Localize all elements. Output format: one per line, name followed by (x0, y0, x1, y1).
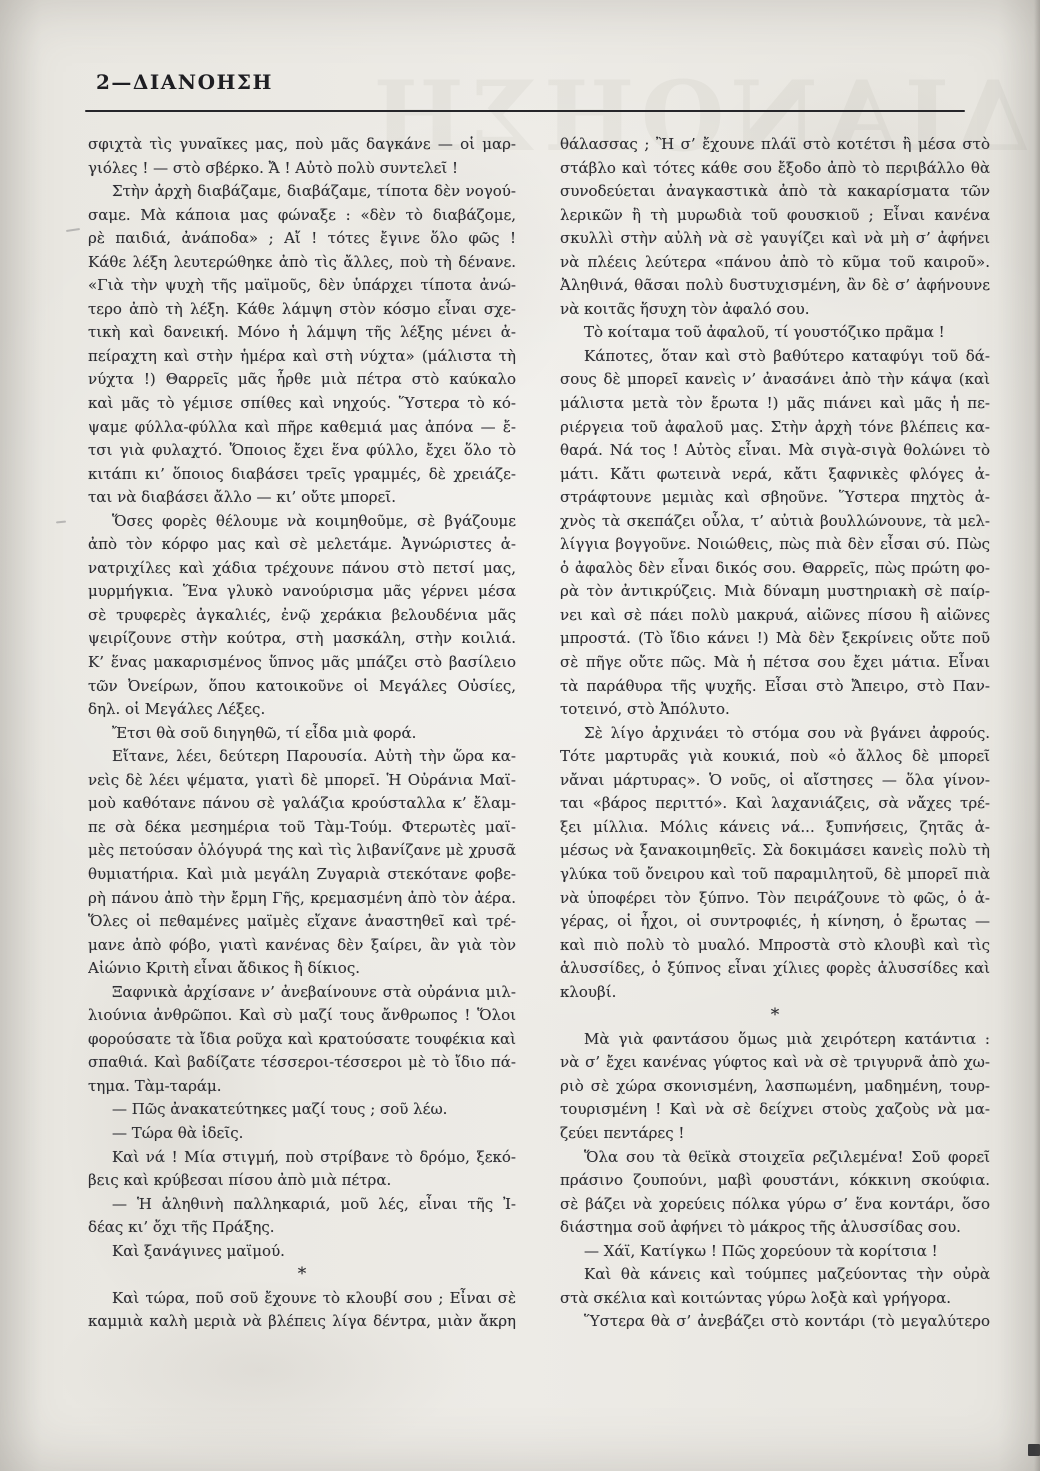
text-line: δηλ. οἱ Μεγάλες Λέξες. (88, 698, 516, 722)
text-line: Ξαφνικὰ ἀρχίσανε ν’ ἀνεβαίνουνε στὰ οὐρά… (88, 981, 516, 1005)
text-line: στράφτουνε μεμιὰς καὶ σβηοῦνε. Ὕστερα πη… (560, 486, 990, 510)
text-line: ται νὰ διαβάσει ἄλλο — κι’ οὔτε μπορεῖ. (88, 486, 516, 510)
text-line: νὰ πλέεις λεύτερα «πάνου ἀπὸ τὸ κῦμα τοῦ… (560, 251, 990, 275)
text-line: «Γιὰ τὴν ψυχὴ τῆς μαϊμοῦς, δὲν ὑπάρχει τ… (88, 274, 516, 298)
text-line: διάστημα σοῦ ἀφήνει τὸ μάκρος τῆς ἁλυσσί… (560, 1216, 990, 1240)
text-line: νὰ κοιτᾶς ἥσυχη τὸν ἀφαλό σου. (560, 298, 990, 322)
text-line: τικὴ καὶ δανεική. Μόνο ἡ λάμψη τῆς λέξης… (88, 321, 516, 345)
text-line: δέας κι’ ὄχι τῆς Πράξης. (88, 1216, 516, 1240)
column-right: θάλασσας ; Ἢ σ’ ἔχουνε πλάϊ στὸ κοτέτσι … (560, 133, 990, 1334)
text-line: λερικῶν ἢ τὴ μυρωδιὰ τοῦ φουσκιοῦ ; Εἶνα… (560, 204, 990, 228)
text-line: ξει μίλλια. Μόλις κάνεις νά... ξυπνήσεις… (560, 816, 990, 840)
text-line: Σὲ λίγο ἀρχινάει τὸ στόμα σου νὰ βγάνει … (560, 722, 990, 746)
text-line: συνοδεύεται ἀναγκαστικὰ ἀπὸ τὰ κακαρίσμα… (560, 180, 990, 204)
text-line: νὰ σ’ ἔχει κανένας γύφτος καὶ νὰ σὲ τριγ… (560, 1051, 990, 1075)
text-line: καὶ μᾶς τὸ γέμισε σπίθες καὶ νηχούς. Ὕστ… (88, 392, 516, 416)
text-line: Καὶ τώρα, ποῦ σοῦ ἔχουνε τὸ κλουβί σου ;… (88, 1287, 516, 1311)
text-line: νεὶς δὲ λέει ψέματα, γιατὶ δὲ μπορεῖ. Ἡ … (88, 769, 516, 793)
text-line: — Τώρα θὰ ἰδεῖς. (88, 1122, 516, 1146)
text-line: κιτάπι κι’ ὅποιος διαβάσει τρεῖς γραμμές… (88, 463, 516, 487)
text-line: — Ἡ ἀληθινὴ παλληκαριά, μοῦ λές, εἶναι τ… (88, 1193, 516, 1217)
text-line: ριὸ σὲ χώρα σκονισμένη, λασπωμένη, μαδημ… (560, 1075, 990, 1099)
text-line: Μὰ γιὰ φαντάσου ὅμως μιὰ χειρότερη κατάν… (560, 1028, 990, 1052)
text-line: Στὴν ἀρχὴ διαβάζαμε, διαβάζαμε, τίποτα δ… (88, 180, 516, 204)
text-line: σκυλλὶ στὴν αὐλὴ νὰ σὲ γαυγίζει καὶ νὰ μ… (560, 227, 990, 251)
text-line: Ὅλες οἱ πεθαμένες μαϊμὲς εἴχανε ἀναστηθε… (88, 910, 516, 934)
text-line: μανε ἀπὸ φόβο, γιατὶ κανένας δὲν ξαίρει,… (88, 934, 516, 958)
margin-mark (66, 228, 80, 232)
text-line: Καὶ θὰ κάνεις καὶ τούμπες μαζεύοντας τὴν… (560, 1263, 990, 1287)
text-line: σους δὲ μπορεῖ κανεὶς ν’ ἀνασάνει ἀπὸ τὴ… (560, 368, 990, 392)
text-line: μὲς πετούσαν ὁλόγυρά της καὶ τὶς λιβανίζ… (88, 839, 516, 863)
text-line: σὲ πῆγε οὔτε πῶς. Μὰ ἡ πέτσα σου ἔχει μά… (560, 651, 990, 675)
scanned-page: ΔΙΑΝΟΗΣΗ 2—ΔΙΑΝΟΗΣΗ σφιχτὰ τὶς γυναῖκες … (0, 0, 1040, 1471)
text-line: ρὴ πάνου ἀπὸ τὴν ἔρμη Γῆς, κρεμασμένη ἀπ… (88, 887, 516, 911)
text-line: κλουβί. (560, 981, 990, 1005)
text-line: μάλιστα μετὰ τὸν ἔρωτα !) μᾶς πιάνει καὶ… (560, 392, 990, 416)
text-line: ζεύει πεντάρες ! (560, 1122, 990, 1146)
text-line: σφιχτὰ τὶς γυναῖκες μας, ποὺ μᾶς δαγκάνε… (88, 133, 516, 157)
text-line: ἁλυσσίδες, ὁ ξύπνος εἶναι χίλιες φορὲς ἁ… (560, 957, 990, 981)
text-line: μπροστά. (Τὸ ἴδιο κάνει !) Μὰ δὲν ξεκρίν… (560, 627, 990, 651)
text-line: σπαθιά. Καὶ βαδίζατε τέσσεροι-τέσσεροι μ… (88, 1051, 516, 1075)
text-line: — Χάϊ, Κατίγκω ! Πῶς χορεύουν τὰ κορίτσι… (560, 1240, 990, 1264)
page-header: 2—ΔΙΑΝΟΗΣΗ (96, 70, 273, 94)
text-line: γλύκα τοῦ ὄνειρου καὶ τοῦ παραμιλητοῦ, δ… (560, 863, 990, 887)
text-line: νύχτα !) Θαρρεῖς μᾶς ἦρθε μιὰ πέτρα στὸ … (88, 368, 516, 392)
text-line: πε σὰ δέκα μεσημέρια τοῦ Τὰμ-Τούμ. Φτερω… (88, 816, 516, 840)
text-line: καμμιὰ καλὴ μεριὰ νὰ βλέπεις λίγα δέντρα… (88, 1310, 516, 1334)
text-line: χνὸς τὰ σκεπάζει οὗλα, τ’ αὐτιὰ βουλλώνο… (560, 510, 990, 534)
text-line: μοὺ καθότανε πάνου σὲ γαλάζια κρούσταλλα… (88, 792, 516, 816)
text-line: ψειρίζουνε στὴν κούτρα, στὴ μασκάλη, στὴ… (88, 627, 516, 651)
text-line: φορούσατε τὰ ἴδια ροῦχα καὶ κρατούσατε τ… (88, 1028, 516, 1052)
margin-mark (56, 521, 66, 524)
text-line: στὰ σκέλια καὶ κοιτώντας γύρω λοξὰ καὶ γ… (560, 1287, 990, 1311)
text-line: ρὲ παιδιά, ἀνάποδα» ; Αἴ ! τότες ἔγινε ὅ… (88, 227, 516, 251)
text-line: γιόλες ! — στὸ σβέρκο. Ἄ ! Αὐτὸ πολὺ συν… (88, 157, 516, 181)
header-rule (85, 110, 965, 112)
text-line: Τότε μαρτυρᾶς γιὰ κουκιά, ποὺ «ὁ ἄλλος δ… (560, 745, 990, 769)
text-line: τοτεινό, στὸ Ἀπόλυτο. (560, 698, 990, 722)
text-line: τὰ παράθυρα τῆς ψυχῆς. Εἶσαι στὸ Ἄπειρο,… (560, 675, 990, 699)
text-line: βεις καὶ κρύβεσαι πίσου ἀπὸ μιὰ πέτρα. (88, 1169, 516, 1193)
text-line: Κάποτες, ὅταν καὶ στὸ βαθύτερο καταφύγι … (560, 345, 990, 369)
text-line: καὶ πιὸ πολὺ τὸ μυαλό. Μπροστὰ στὸ κλουβ… (560, 934, 990, 958)
text-line: Ἔτσι θὰ σοῦ διηγηθῶ, τί εἶδα μιὰ φορά. (88, 722, 516, 746)
text-line: Κ’ ἕνας μακαρισμένος ὕπνος μᾶς μπάζει στ… (88, 651, 516, 675)
text-line: ριέργεια τοῦ ἀφαλοῦ μας. Στὴν ἀρχὴ τόνε … (560, 416, 990, 440)
text-line: σὲ βάζει νὰ χορεύεις πόλκα γύρω σ’ ἕνα κ… (560, 1193, 990, 1217)
text-line: Ὕστερα θὰ σ’ ἀνεβάζει στὸ κοντάρι (τὸ με… (560, 1310, 990, 1334)
text-line: λίγγια βογγοῦνε. Νοιώθεις, πὼς πιὰ δὲν ε… (560, 533, 990, 557)
column-left: σφιχτὰ τὶς γυναῖκες μας, ποὺ μᾶς δαγκάνε… (88, 133, 516, 1334)
text-line: Ἀληθινά, θᾶσαι πολὺ δυστυχισμένη, ἂν δὲ … (560, 274, 990, 298)
text-line: ψαμε φύλλα-φύλλα καὶ πῆρε καθεμιά μας ἀπ… (88, 416, 516, 440)
text-line: ἀπὸ τὸν κόρφο μας καὶ σὲ μελετάμε. Ἀγνώρ… (88, 533, 516, 557)
text-line: ται «βάρος περιττό». Καὶ λαχανιάζεις, σὰ… (560, 792, 990, 816)
text-line: Κάθε λέξη λευτερώθηκε ἀπὸ τὶς ἄλλες, ποὺ… (88, 251, 516, 275)
text-line: Ὅλα σου τὰ θεϊκὰ στοιχεῖα ρεζιλεμένα! Σο… (560, 1146, 990, 1170)
text-line: ὁ ἀφαλὸς δὲν εἶναι δικός σου. Θαρρεῖς, π… (560, 557, 990, 581)
text-line: Καὶ ξανάγινες μαϊμού. (88, 1240, 516, 1264)
text-line: Εἴτανε, λέει, δεύτερη Παρουσία. Αὐτὴ τὴν… (88, 745, 516, 769)
section-separator: * (560, 1004, 990, 1028)
text-line: Καὶ νά ! Μία στιγμή, ποὺ στρίβανε τὸ δρό… (88, 1146, 516, 1170)
text-line: τῶν Ὀνείρων, ὅπου κατοικοῦνε οἱ Μεγάλες … (88, 675, 516, 699)
text-line: μυρμήγκια. Ἕνα γλυκὸ νανούρισμα μᾶς γέρν… (88, 580, 516, 604)
text-line: νει καὶ σὲ πάει πολὺ μακρυά, αἰῶνες πίσο… (560, 604, 990, 628)
text-line: τερο ἀπὸ τὴ λέξη. Κάθε λάμψη στὸν κόσμο … (88, 298, 516, 322)
text-line: λιούνια ἀνθρῶποι. Καὶ σὺ μαζί τους ἄνθρω… (88, 1004, 516, 1028)
text-line: θάλασσας ; Ἢ σ’ ἔχουνε πλάϊ στὸ κοτέτσι … (560, 133, 990, 157)
section-separator: * (88, 1263, 516, 1287)
page-edge-shadow (1034, 0, 1040, 1471)
text-line: Ὅσες φορὲς θέλουμε νὰ κοιμηθοῦμε, σὲ βγά… (88, 510, 516, 534)
text-line: τσι γιὰ φυλαχτό. Ὅποιος ἔχει ἕνα φύλλο, … (88, 439, 516, 463)
text-line: νατριχίλες καὶ χάδια τρέχουνε πάνου στὸ … (88, 557, 516, 581)
text-line: σὲ τρυφερὲς ἀγκαλιές, ἐνῷ χεράκια βελουδ… (88, 604, 516, 628)
text-line: σαμε. Μὰ κάποια μας φώναξε : «δὲν τὸ δια… (88, 204, 516, 228)
text-line: Αἰώνιο Κριτὴ εἶναι ἄδικος ἢ δίκιος. (88, 957, 516, 981)
text-line: θυμιατήρια. Καὶ μιὰ μεγάλη Ζυγαριὰ στεκό… (88, 863, 516, 887)
text-line: πείραχτη καὶ στὴν ἡμέρα καὶ στὴ νύχτα» (… (88, 345, 516, 369)
text-line: γέρας, οἱ ἦχοι, οἱ συντροφιές, ἡ κίνηση,… (560, 910, 990, 934)
text-line: νἄναι μάρτυρας». Ὁ νοῦς, οἱ αἴστησες — ὅ… (560, 769, 990, 793)
text-line: — Πῶς ἀνακατεύτηκες μαζί τους ; σοῦ λέω. (88, 1098, 516, 1122)
text-line: θαρά. Νά τος ! Αὐτὸς εἶναι. Μὰ σιγὰ-σιγὰ… (560, 439, 990, 463)
text-line: ρὰ τὸν ἀντικρύζεις. Μιὰ δύναμη μυστηριακ… (560, 580, 990, 604)
text-line: τημα. Τὰμ-ταράμ. (88, 1075, 516, 1099)
text-line: μάτι. Κἄτι φωτεινὰ νερά, κἄτι ξαφνικὲς φ… (560, 463, 990, 487)
text-line: στάβλο καὶ τότες κάθε σου ἔξοδο ἀπὸ τὸ π… (560, 157, 990, 181)
text-line: πράσινο ζουπούνι, μαβὶ φουστάνι, κόκκινη… (560, 1169, 990, 1193)
text-line: τουρισμένη ! Καὶ νὰ σὲ δείχνει στοὺς χαζ… (560, 1098, 990, 1122)
text-line: Τὸ κοίταμα τοῦ ἀφαλοῦ, τί γουστόζικο πρᾶ… (560, 321, 990, 345)
text-line: νὰ ὑποφέρει τὸν ξύπνο. Τὸν πειράζουνε τὸ… (560, 887, 990, 911)
text-line: μέσως νὰ ξανακοιμηθεῖς. Σὰ δοκιμάσει καν… (560, 839, 990, 863)
